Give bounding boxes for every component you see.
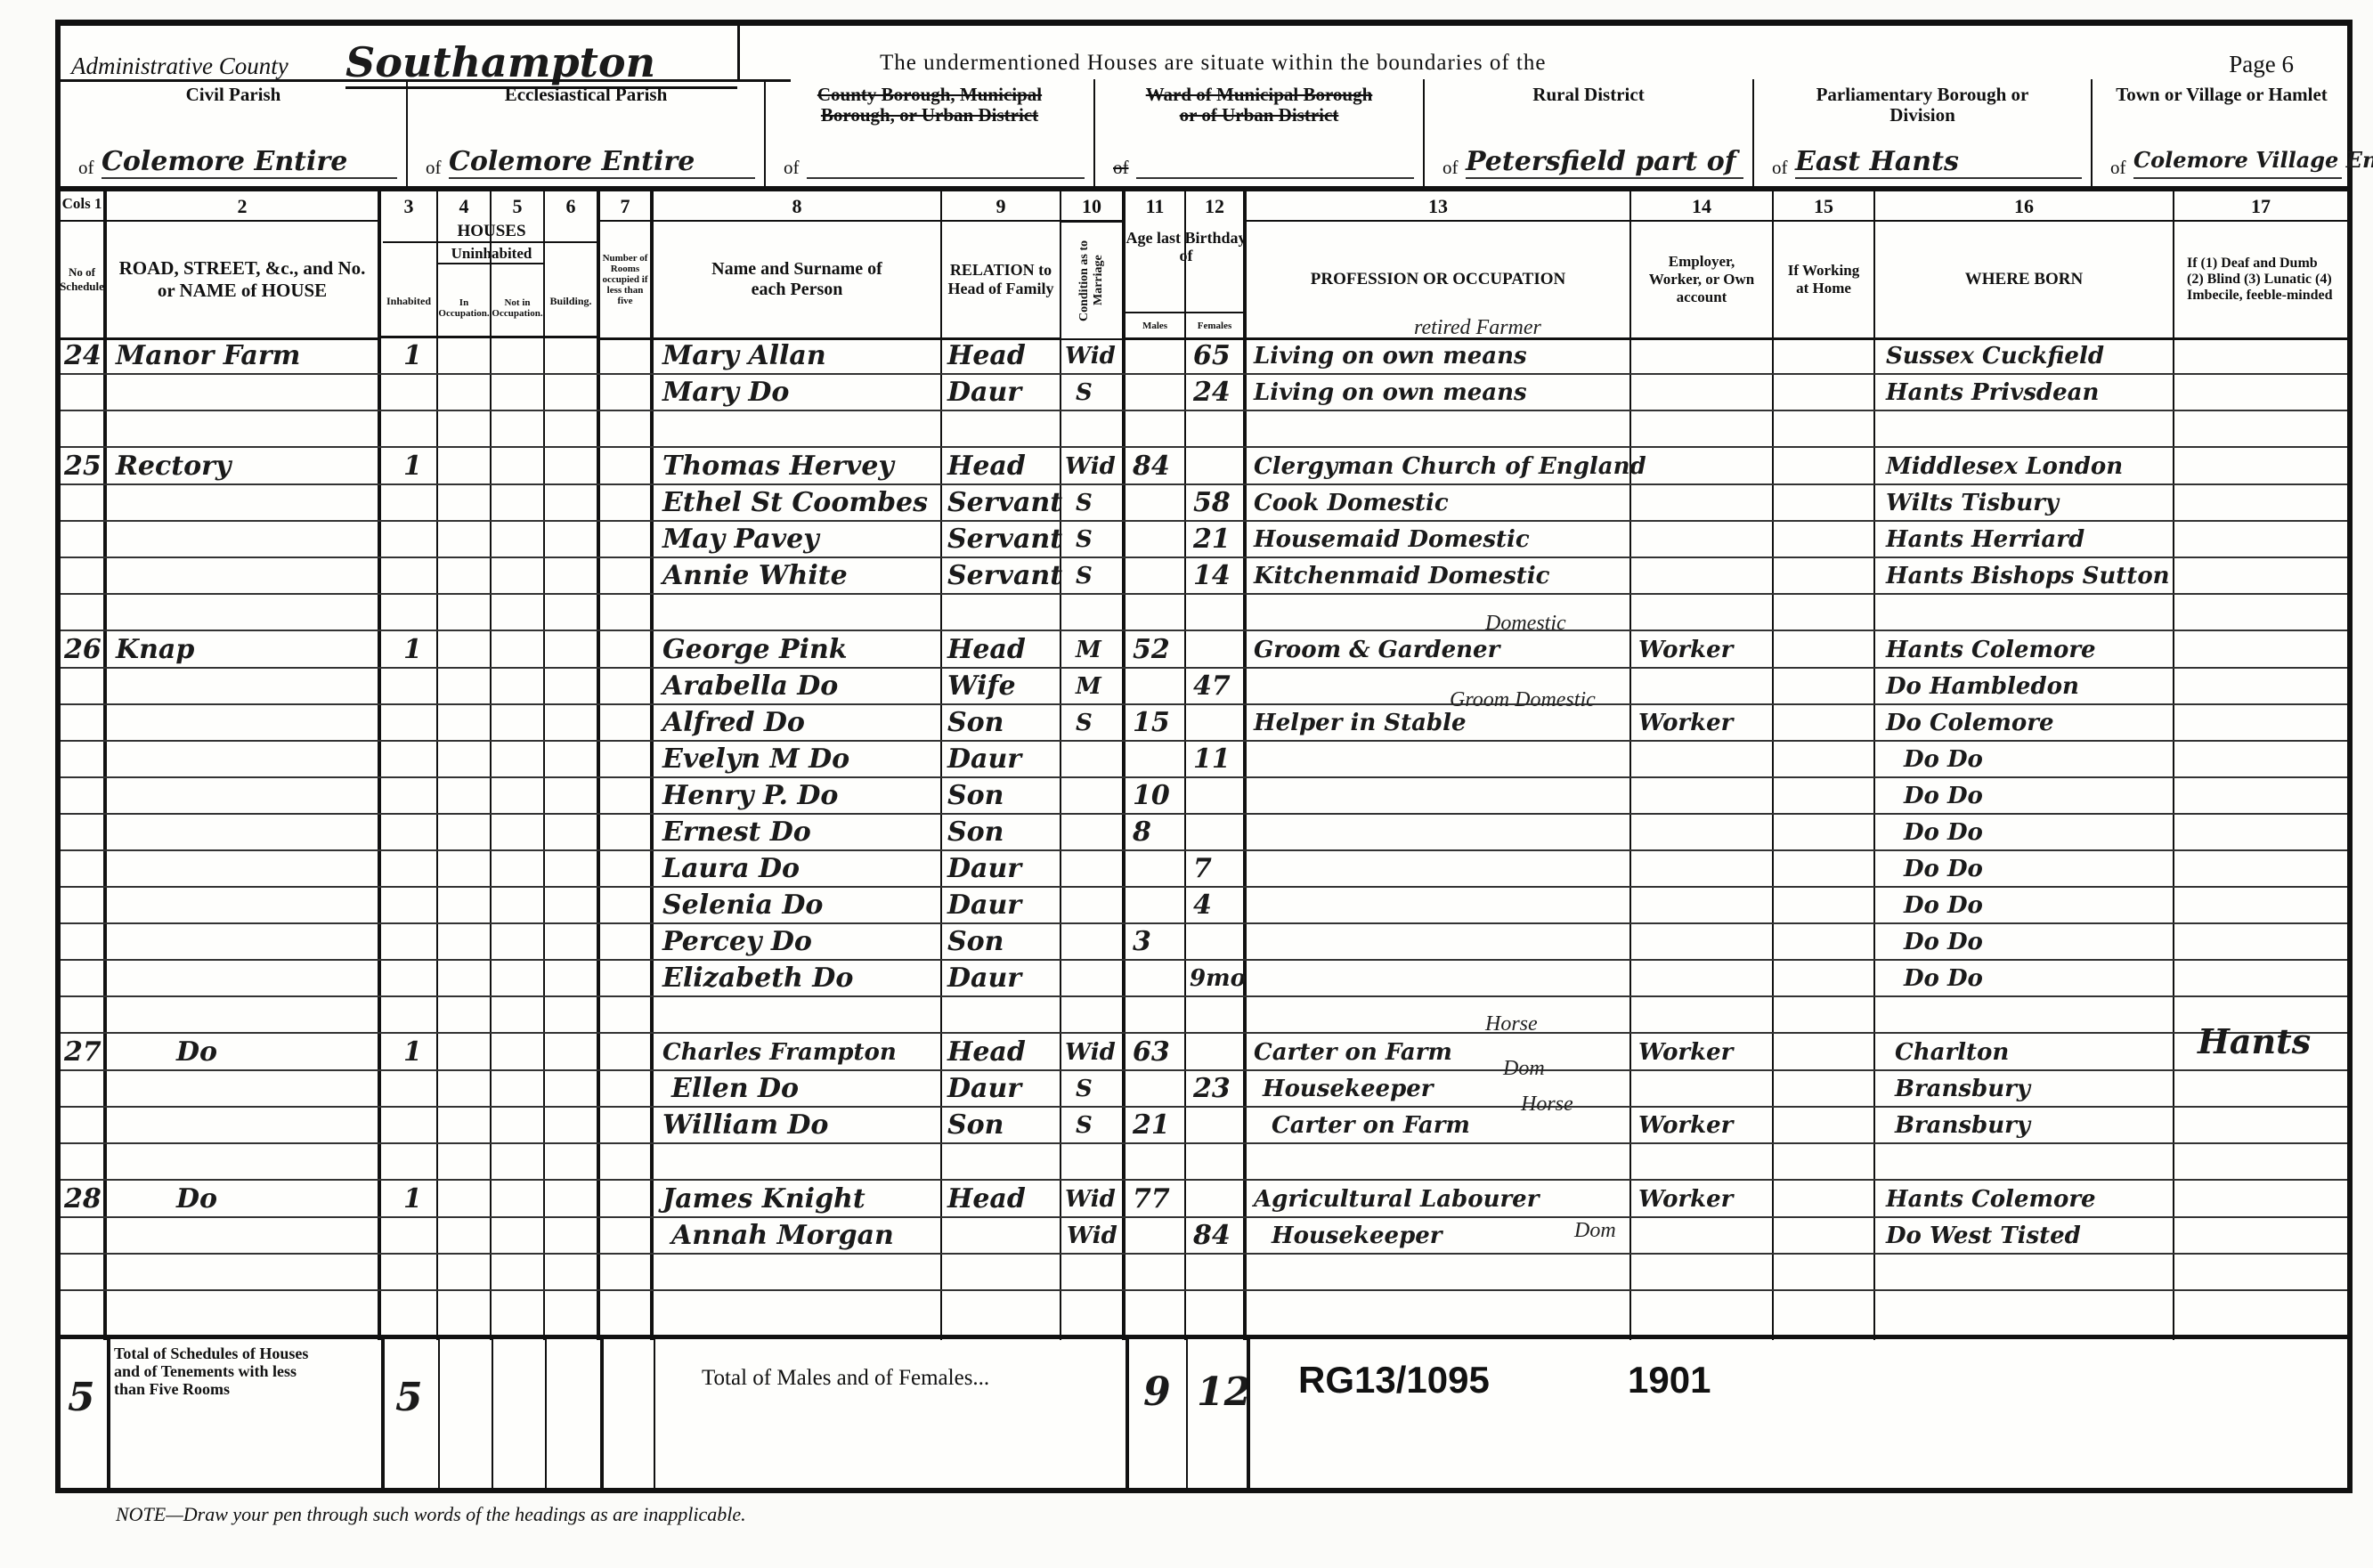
situate-text: The undermentioned Houses are situate wi… — [880, 51, 1546, 76]
column-infirmity: 17 If (1) Deaf and Dumb (2) Blind (3) Lu… — [2174, 191, 2347, 1340]
column-uninhabited-in-occupation: 4 In Occupation. — [438, 191, 492, 1340]
ecclesiastical-parish-value: Colemore Entire — [449, 146, 755, 179]
census-table: Cols 1 No of Schedule 2 ROAD, STREET, &c… — [61, 186, 2347, 1340]
census-year: 1901 — [1628, 1359, 1711, 1401]
archive-reference: RG13/1095 — [1298, 1359, 1490, 1401]
parliamentary-division-value: East Hants — [1795, 146, 2082, 179]
column-working-at-home: 15 If Working at Home — [1774, 191, 1875, 1340]
admin-county-label: Administrative County — [71, 53, 288, 80]
males-total: 9 — [1143, 1369, 1171, 1415]
column-male-age: 11 Males — [1126, 191, 1186, 1340]
column-employment: 14 Employer, Worker, or Own account — [1631, 191, 1774, 1340]
uninhabited-group-header: Uninhabited — [438, 245, 545, 264]
inhabited-total: 5 — [395, 1375, 423, 1420]
column-rooms: 7 Number of Rooms occupied if less than … — [600, 191, 654, 1340]
totals-row: 5 Total of Schedules of Houses and of Te… — [61, 1335, 2347, 1491]
area-ward: Ward of Municipal Borough or of Urban Di… — [1095, 79, 1425, 186]
schedules-total: 5 — [68, 1375, 95, 1420]
area-town-village: Town or Village or Hamlet of Colemore Vi… — [2093, 79, 2351, 186]
females-total: 12 — [1197, 1369, 1251, 1415]
area-civil-parish: Civil Parish of Colemore Entire — [61, 79, 408, 186]
divider — [737, 26, 740, 79]
rural-district-value: Petersfield part of — [1466, 146, 1743, 179]
age-group-header: Age last Birthday of — [1126, 229, 1247, 264]
area-ecclesiastical-parish: Ecclesiastical Parish of Colemore Entire — [408, 79, 766, 186]
column-uninhabited-not-in-occupation: 5 Not in Occupation. — [492, 191, 545, 1340]
area-county-borough: County Borough, Municipal Borough, or Ur… — [766, 79, 1095, 186]
footnote: NOTE—Draw your pen through such words of… — [116, 1503, 746, 1526]
page-number: Page 6 — [2229, 51, 2294, 78]
census-sheet: Administrative County Southampton The un… — [55, 20, 2353, 1493]
column-building: 6 Building. — [545, 191, 600, 1340]
houses-group-header: HOUSES — [383, 222, 600, 243]
area-parliamentary-division: Parliamentary Borough or Division of Eas… — [1754, 79, 2093, 186]
schedules-total-label: Total of Schedules of Houses and of Tene… — [114, 1345, 328, 1398]
town-village-value: Colemore Village Entire — [2133, 147, 2342, 179]
totals-label: Total of Males and of Females... — [702, 1366, 989, 1391]
civil-parish-value: Colemore Entire — [102, 146, 397, 179]
boundary-areas: Civil Parish of Colemore Entire Ecclesia… — [61, 79, 2347, 186]
area-rural-district: Rural District of Petersfield part of — [1425, 79, 1754, 186]
